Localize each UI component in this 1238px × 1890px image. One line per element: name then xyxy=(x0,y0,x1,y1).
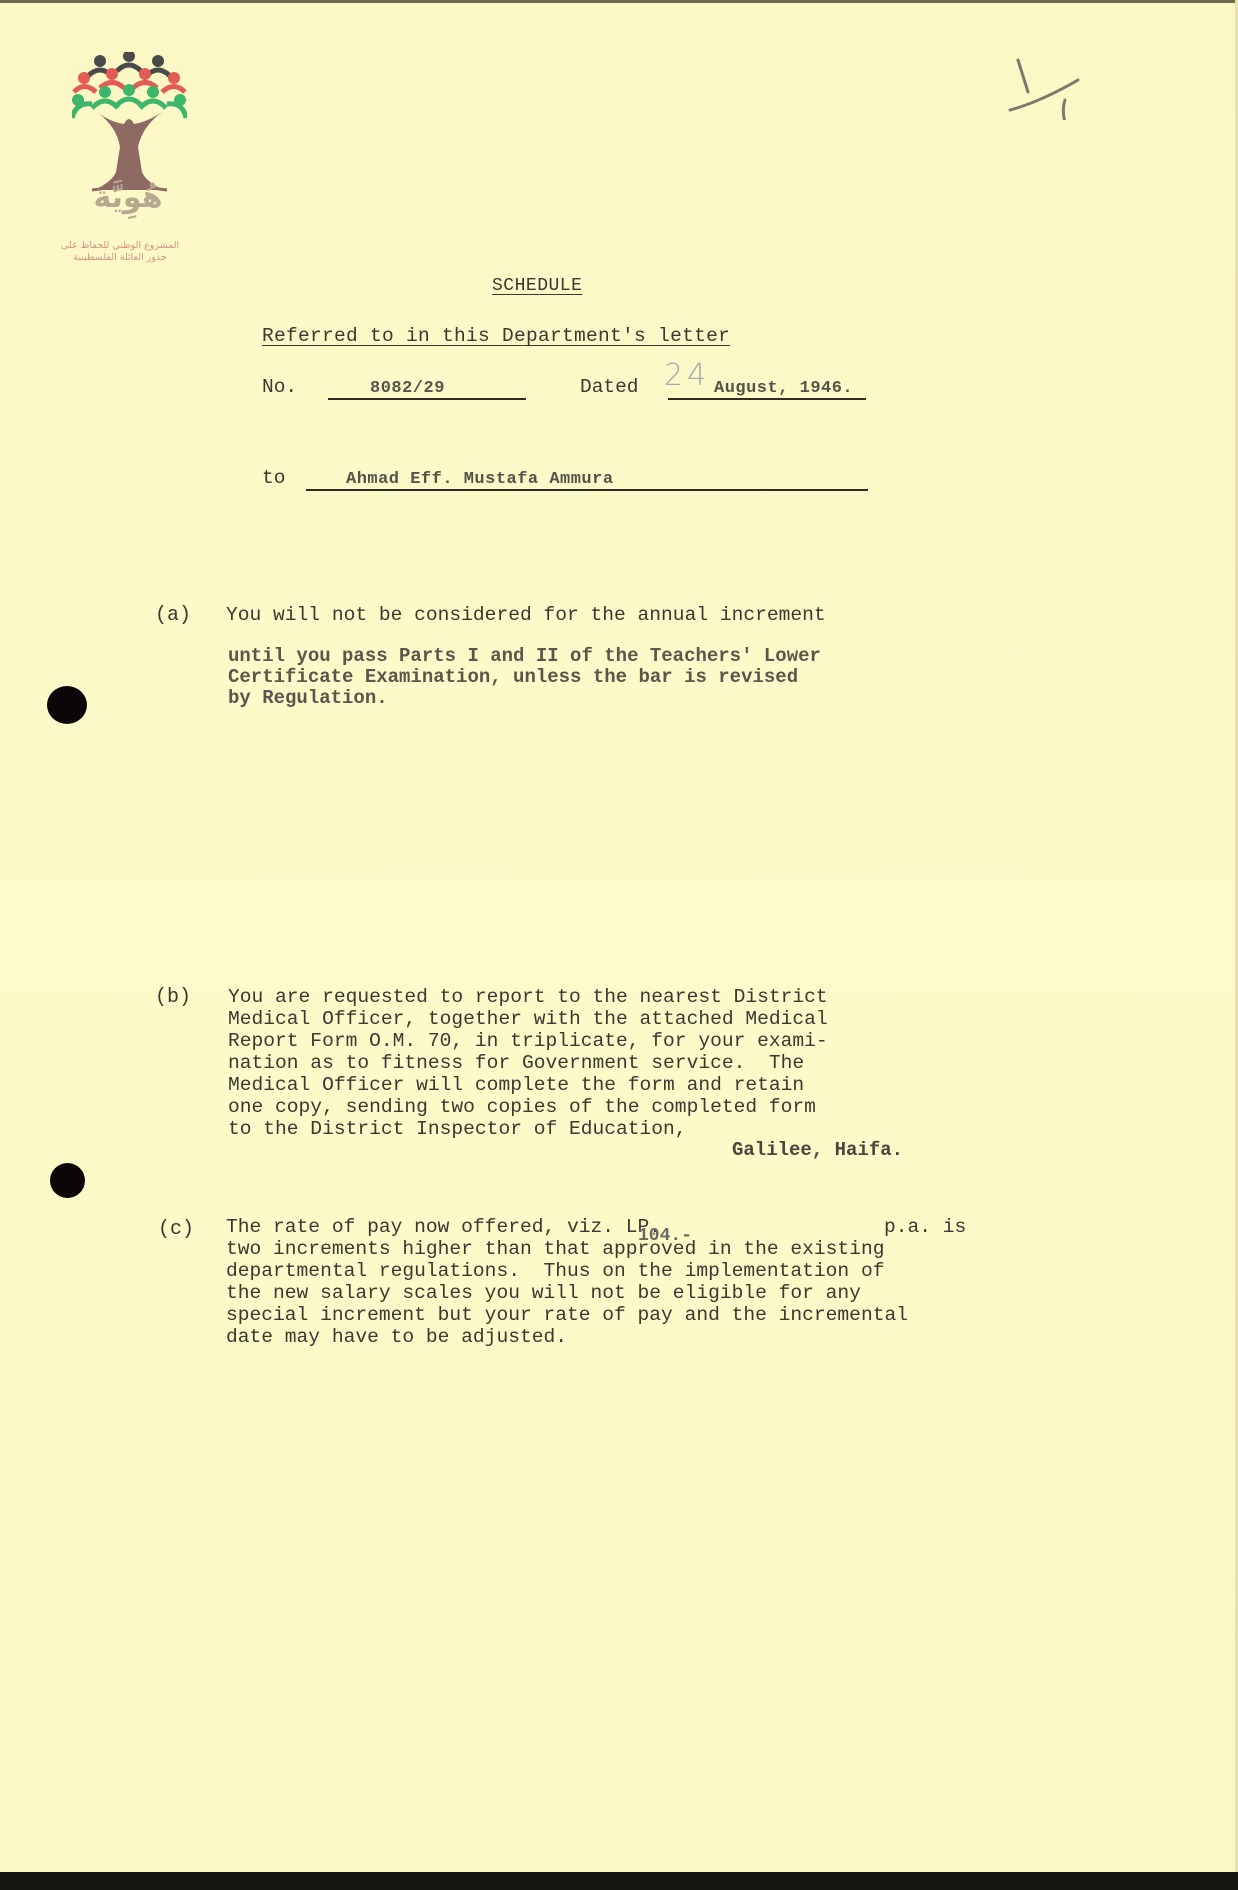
handwritten-page-mark xyxy=(1000,30,1100,120)
item-c-rest: two increments higher than that approved… xyxy=(226,1238,908,1348)
dated-value: August, 1946. xyxy=(714,379,853,398)
reference-line: Referred to in this Department's letter xyxy=(262,325,730,347)
logo-subtitle: المشروع الوطني للحفاظ على جذور العائلة ا… xyxy=(30,240,210,264)
letter-number-value: 8082/29 xyxy=(370,379,445,398)
item-b-text: You are requested to report to the neare… xyxy=(228,986,828,1140)
letter-number-label: No. xyxy=(262,376,297,398)
logo-subtitle-line-2: جذور العائلة الفلسطينية xyxy=(30,252,210,264)
tree-logo-icon xyxy=(72,52,187,257)
document-page: هُوِيَّة المشروع الوطني للحفاظ على جذور … xyxy=(0,0,1238,1890)
logo-title: هُوِيَّة xyxy=(88,180,168,215)
scan-top-edge xyxy=(0,0,1238,3)
item-c-label: (c) xyxy=(158,1218,194,1241)
item-c-line-1-prefix: The rate of pay now offered, viz. LP. xyxy=(226,1216,661,1238)
item-b-label: (b) xyxy=(155,986,191,1009)
dated-label: Dated xyxy=(580,376,639,398)
item-a-typed-insert: until you pass Parts I and II of the Tea… xyxy=(228,646,821,709)
recipient-value: Ahmad Eff. Mustafa Ammura xyxy=(346,470,614,489)
item-b-location-insert: Galilee, Haifa. xyxy=(732,1140,903,1161)
logo-subtitle-line-1: المشروع الوطني للحفاظ على xyxy=(30,240,210,252)
item-a-label: (a) xyxy=(155,604,191,627)
scan-bottom-edge xyxy=(0,1872,1238,1890)
recipient-label: to xyxy=(262,467,285,489)
punch-hole-bottom xyxy=(50,1163,85,1198)
item-a-line-1: You will not be considered for the annua… xyxy=(226,604,826,626)
item-c-line-1-suffix: p.a. is xyxy=(884,1216,966,1238)
punch-hole-top xyxy=(47,686,87,724)
schedule-heading: SCHEDULE xyxy=(492,276,582,296)
